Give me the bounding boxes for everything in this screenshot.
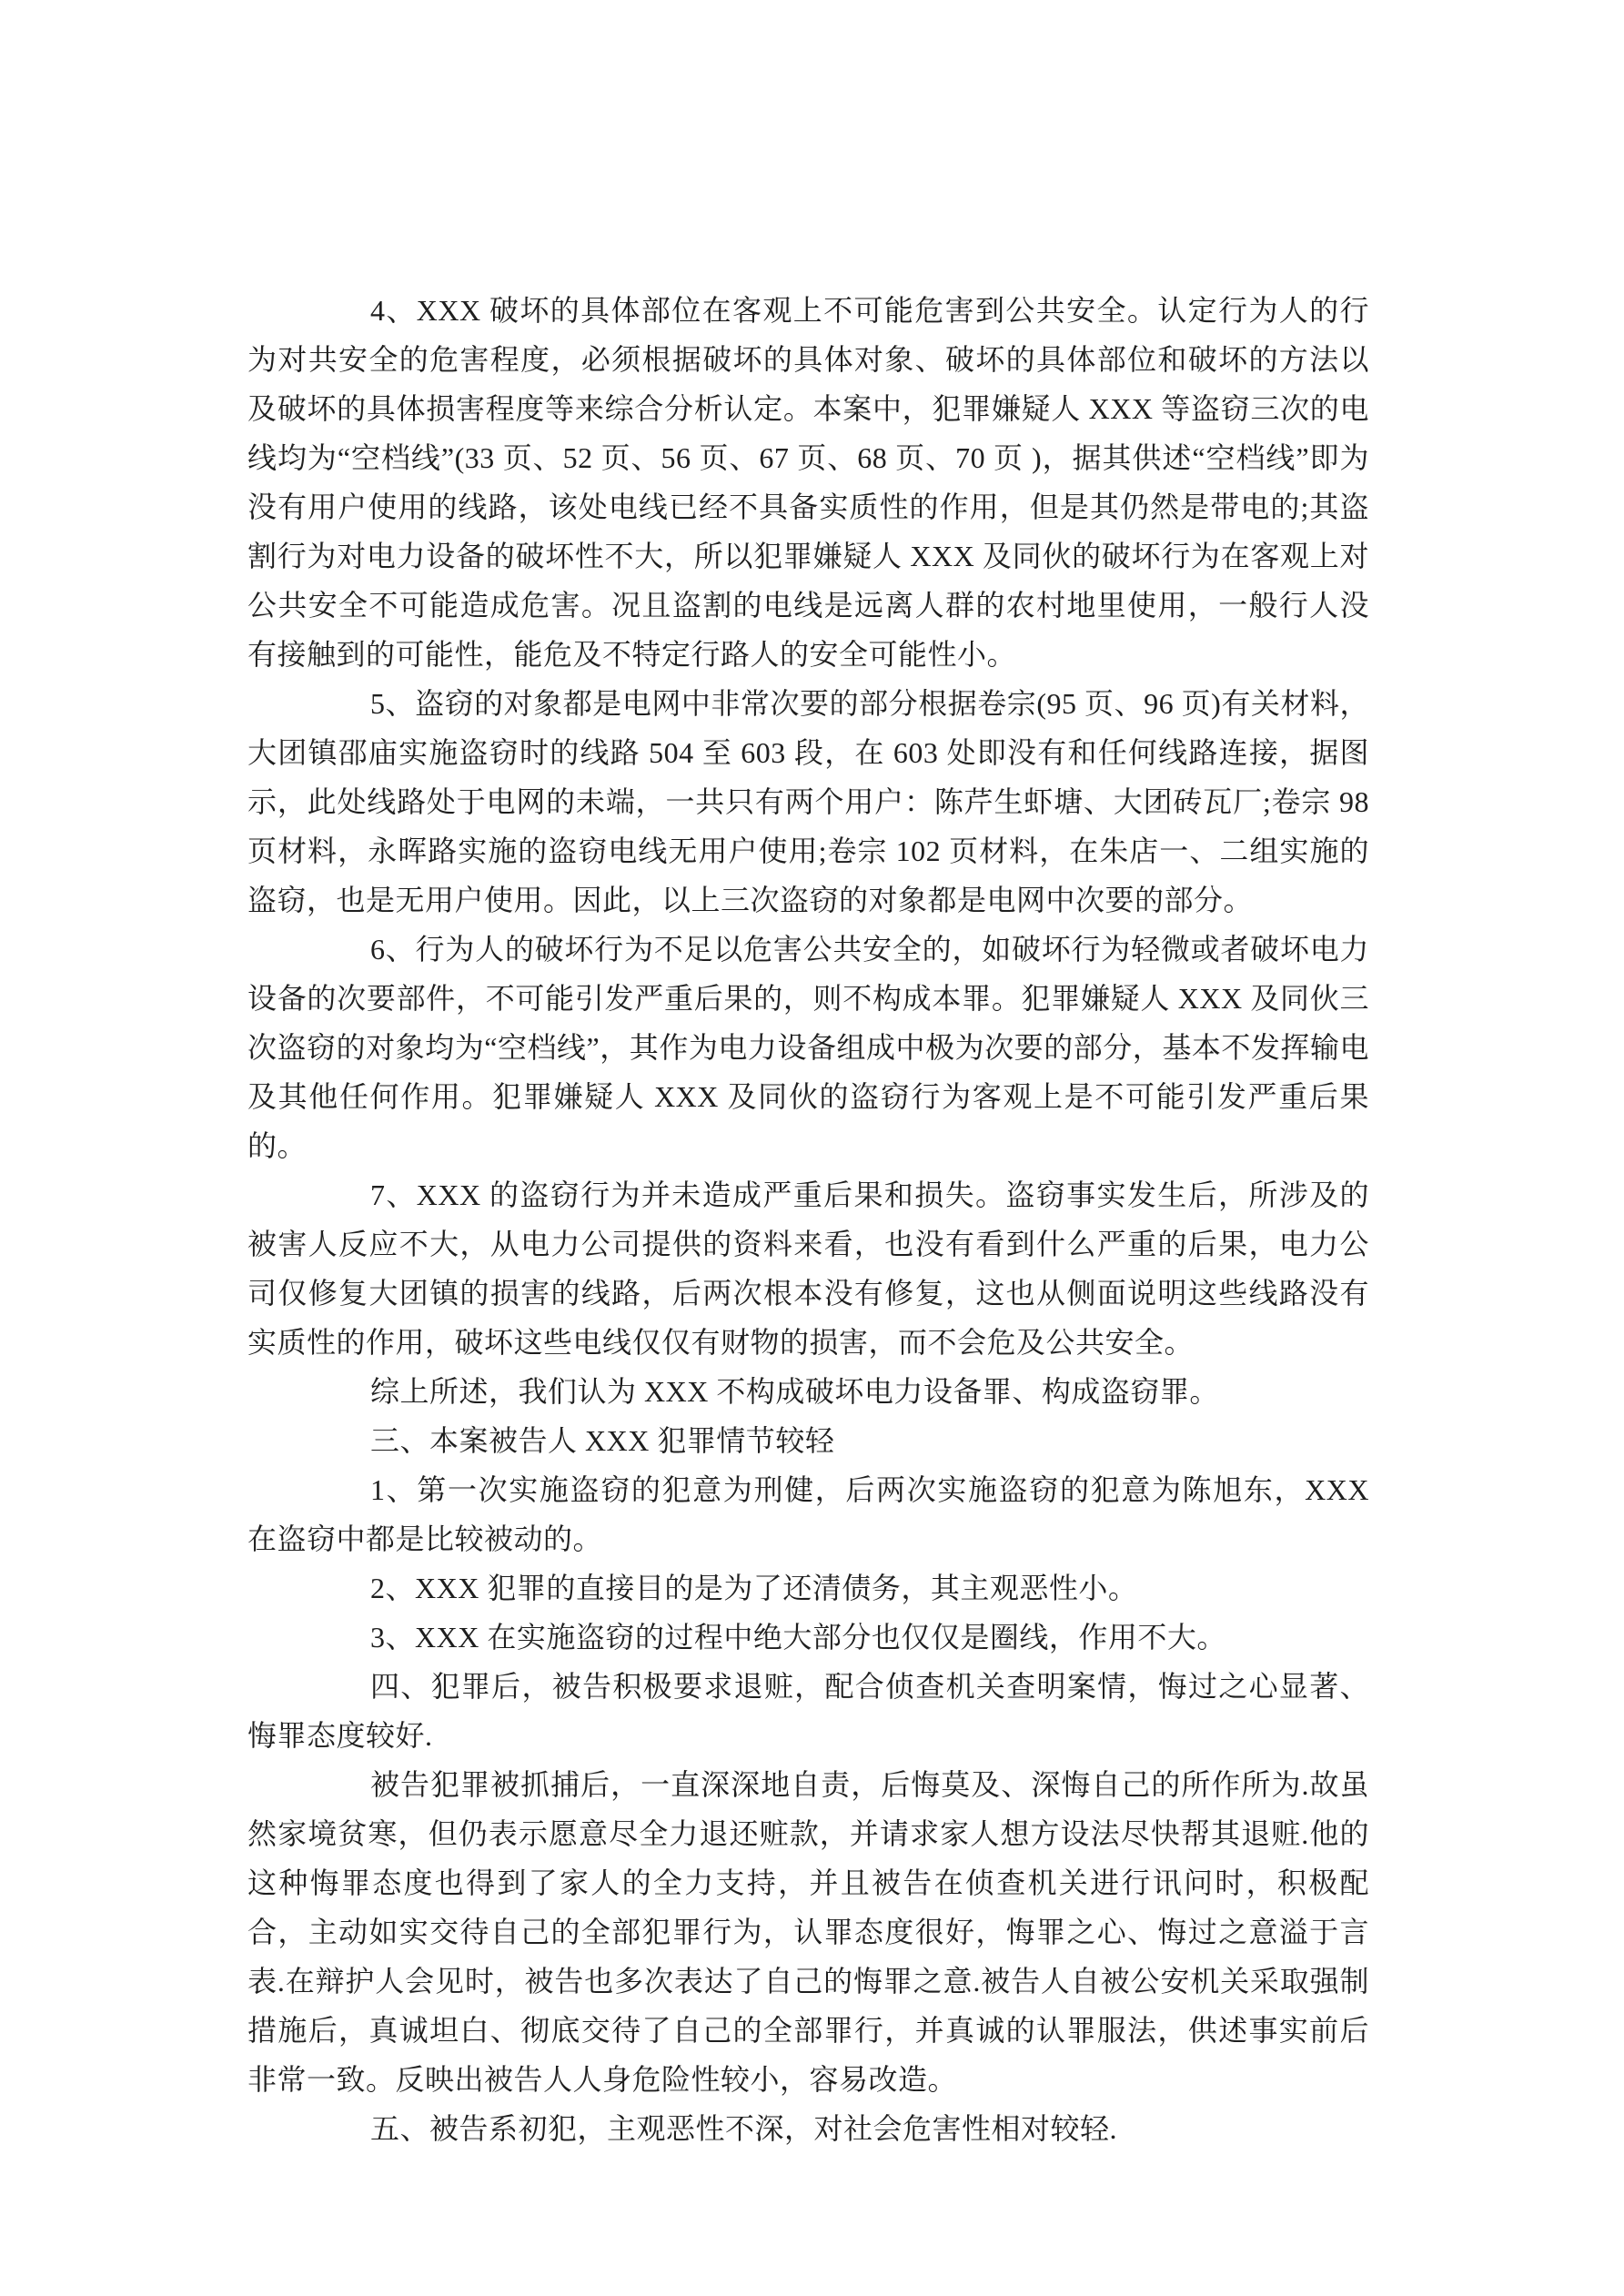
section-heading-3: 三、本案被告人 XXX 犯罪情节较轻 [247, 1416, 1369, 1465]
paragraph-point-5: 5、盗窃的对象都是电网中非常次要的部分根据卷宗(95 页、96 页)有关材料，大… [247, 679, 1369, 925]
section-heading-5: 五、被告系初犯，主观恶性不深，对社会危害性相对较轻. [247, 2104, 1369, 2153]
paragraph-conclusion: 综上所述，我们认为 XXX 不构成破坏电力设备罪、构成盗窃罪。 [247, 1367, 1369, 1416]
paragraph-point-7: 7、XXX 的盗窃行为并未造成严重后果和损失。盗窃事实发生后，所涉及的被害人反应… [247, 1170, 1369, 1367]
paragraph-point-4: 4、XXX 破坏的具体部位在客观上不可能危害到公共安全。认定行为人的行为对共安全… [247, 286, 1369, 679]
document-body: 4、XXX 破坏的具体部位在客观上不可能危害到公共安全。认定行为人的行为对共安全… [247, 286, 1369, 2153]
paragraph-s4-body: 被告犯罪被抓捕后，一直深深地自责，后悔莫及、深悔自己的所作所为.故虽然家境贫寒，… [247, 1760, 1369, 2104]
paragraph-s3-point-3: 3、XXX 在实施盗窃的过程中绝大部分也仅仅是圈线，作用不大。 [247, 1613, 1369, 1662]
document-page: 4、XXX 破坏的具体部位在客观上不可能危害到公共安全。认定行为人的行为对共安全… [0, 0, 1624, 2296]
paragraph-point-6: 6、行为人的破坏行为不足以危害公共安全的，如破坏行为轻微或者破坏电力设备的次要部… [247, 925, 1369, 1170]
paragraph-s3-point-2: 2、XXX 犯罪的直接目的是为了还清债务，其主观恶性小。 [247, 1563, 1369, 1613]
paragraph-s3-point-1: 1、第一次实施盗窃的犯意为刑健，后两次实施盗窃的犯意为陈旭东，XXX 在盗窃中都… [247, 1465, 1369, 1563]
section-heading-4: 四、犯罪后，被告积极要求退赃，配合侦查机关查明案情，悔过之心显著、悔罪态度较好. [247, 1662, 1369, 1760]
